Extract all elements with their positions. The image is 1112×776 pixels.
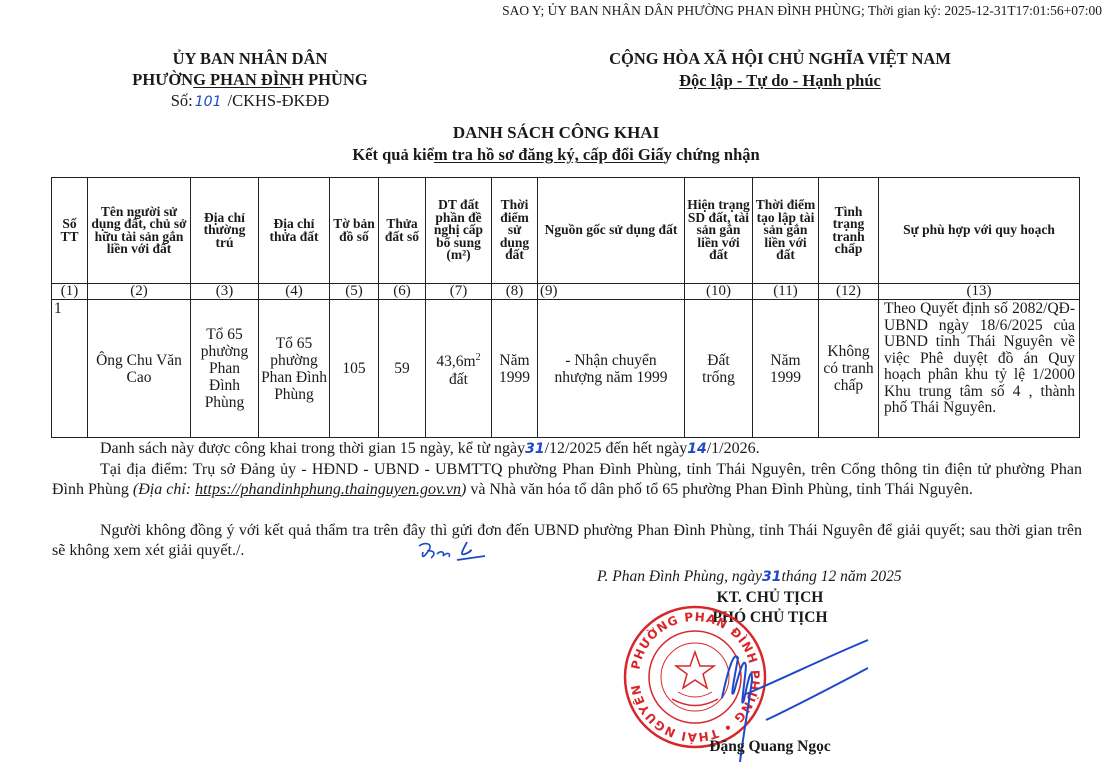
handwritten-initials-icon xyxy=(415,538,495,566)
document-subtitle: Kết quả kiểm tra hồ sơ đăng ký, cấp đổi … xyxy=(0,144,1112,166)
header-current-state: Hiện trạng SD đất, tài sản gắn liền với … xyxy=(685,178,753,284)
place-date: P. Phan Đình Phùng, ngày31tháng 12 năm 2… xyxy=(597,568,902,586)
cell-stt: 1 xyxy=(52,300,88,438)
issuer-line2: PHƯỜNG PHAN ĐÌNH PHÙNG xyxy=(100,69,400,90)
header-map-sheet: Tờ bản đồ số xyxy=(330,178,379,284)
header-stt: Số TT xyxy=(52,178,88,284)
portal-link[interactable]: https://phandinhphung.thainguyen.gov.vn xyxy=(195,481,461,498)
notice-period: Danh sách này được công khai trong thời … xyxy=(52,439,1082,459)
cell-map-sheet: 105 xyxy=(330,300,379,438)
cell-parcel-address: Tổ 65 phường Phan Đình Phùng xyxy=(259,300,330,438)
cell-current-state: Đất trống xyxy=(685,300,753,438)
header-area: DT đất phần đề nghị cấp bổ sung (m²) xyxy=(426,178,492,284)
col-num: (10) xyxy=(685,284,753,300)
column-number-row: (1) (2) (3) (4) (5) (6) (7) (8) (9) (10)… xyxy=(52,284,1080,300)
col-num: (8) xyxy=(492,284,538,300)
notice-objection: Người không đồng ý với kết quả thẩm tra … xyxy=(52,521,1082,561)
cell-dispute: Không có tranh chấp xyxy=(819,300,879,438)
national-motto: Độc lập - Tự do - Hạnh phúc xyxy=(590,70,970,92)
header-use-since: Thời điểm sử dụng đất xyxy=(492,178,538,284)
header-origin: Nguồn gốc sử dụng đất xyxy=(538,178,685,284)
header-residence: Địa chỉ thường trú xyxy=(191,178,259,284)
cell-area: 43,6m2đất xyxy=(426,300,492,438)
cell-use-since: Năm 1999 xyxy=(492,300,538,438)
col-num: (5) xyxy=(330,284,379,300)
national-header: CỘNG HÒA XÃ HỘI CHỦ NGHĨA VIỆT NAM Độc l… xyxy=(590,48,970,92)
header-asset-created: Thời điểm tạo lập tài sản gắn liền với đ… xyxy=(753,178,819,284)
col-num: (1) xyxy=(52,284,88,300)
col-num: (6) xyxy=(379,284,426,300)
cell-residence: Tổ 65 phường Phan Đình Phùng xyxy=(191,300,259,438)
col-num: (7) xyxy=(426,284,492,300)
col-num: (13) xyxy=(879,284,1080,300)
issuer-header: ỦY BAN NHÂN DÂN PHƯỜNG PHAN ĐÌNH PHÙNG S… xyxy=(100,48,400,113)
handwritten-number: 101 xyxy=(193,94,228,110)
col-num: (3) xyxy=(191,284,259,300)
public-list-table: Số TT Tên người sử dụng đất, chủ sở hữu … xyxy=(51,177,1080,438)
issuer-line1: ỦY BAN NHÂN DÂN xyxy=(100,48,400,69)
initials-signature xyxy=(415,538,495,571)
cell-planning: Theo Quyết định số 2082/QĐ-UBND ngày 18/… xyxy=(879,300,1080,438)
col-num: (4) xyxy=(259,284,330,300)
cell-owner: Ông Chu Văn Cao xyxy=(88,300,191,438)
table-row: 1 Ông Chu Văn Cao Tổ 65 phường Phan Đình… xyxy=(52,300,1080,438)
col-num: (11) xyxy=(753,284,819,300)
header-parcel-no: Thửa đất số xyxy=(379,178,426,284)
national-title: CỘNG HÒA XÃ HỘI CHỦ NGHĨA VIỆT NAM xyxy=(590,48,970,70)
document-number: Số:101/CKHS-ĐKĐĐ xyxy=(100,90,400,113)
col-num: (2) xyxy=(88,284,191,300)
header-owner: Tên người sử dụng đất, chủ sở hữu tài sả… xyxy=(88,178,191,284)
notice-location: Tại địa điểm: Trụ sở Đảng ủy - HĐND - UB… xyxy=(52,460,1082,500)
cell-origin: - Nhận chuyển nhượng năm 1999 xyxy=(538,300,685,438)
copy-signature-stamp: SAO Y; ỦY BAN NHÂN DÂN PHƯỜNG PHAN ĐÌNH … xyxy=(502,3,1102,19)
table-header-row: Số TT Tên người sử dụng đất, chủ sở hữu … xyxy=(52,178,1080,284)
cell-parcel-no: 59 xyxy=(379,300,426,438)
header-parcel-address: Địa chỉ thửa đất xyxy=(259,178,330,284)
header-dispute: Tình trạng tranh chấp xyxy=(819,178,879,284)
cell-asset-created: Năm 1999 xyxy=(753,300,819,438)
col-num: (9) xyxy=(538,284,685,300)
header-planning: Sự phù hợp với quy hoạch xyxy=(879,178,1080,284)
signer-name: Đặng Quang Ngọc xyxy=(640,738,900,756)
document-title: DANH SÁCH CÔNG KHAI xyxy=(0,122,1112,144)
col-num: (12) xyxy=(819,284,879,300)
